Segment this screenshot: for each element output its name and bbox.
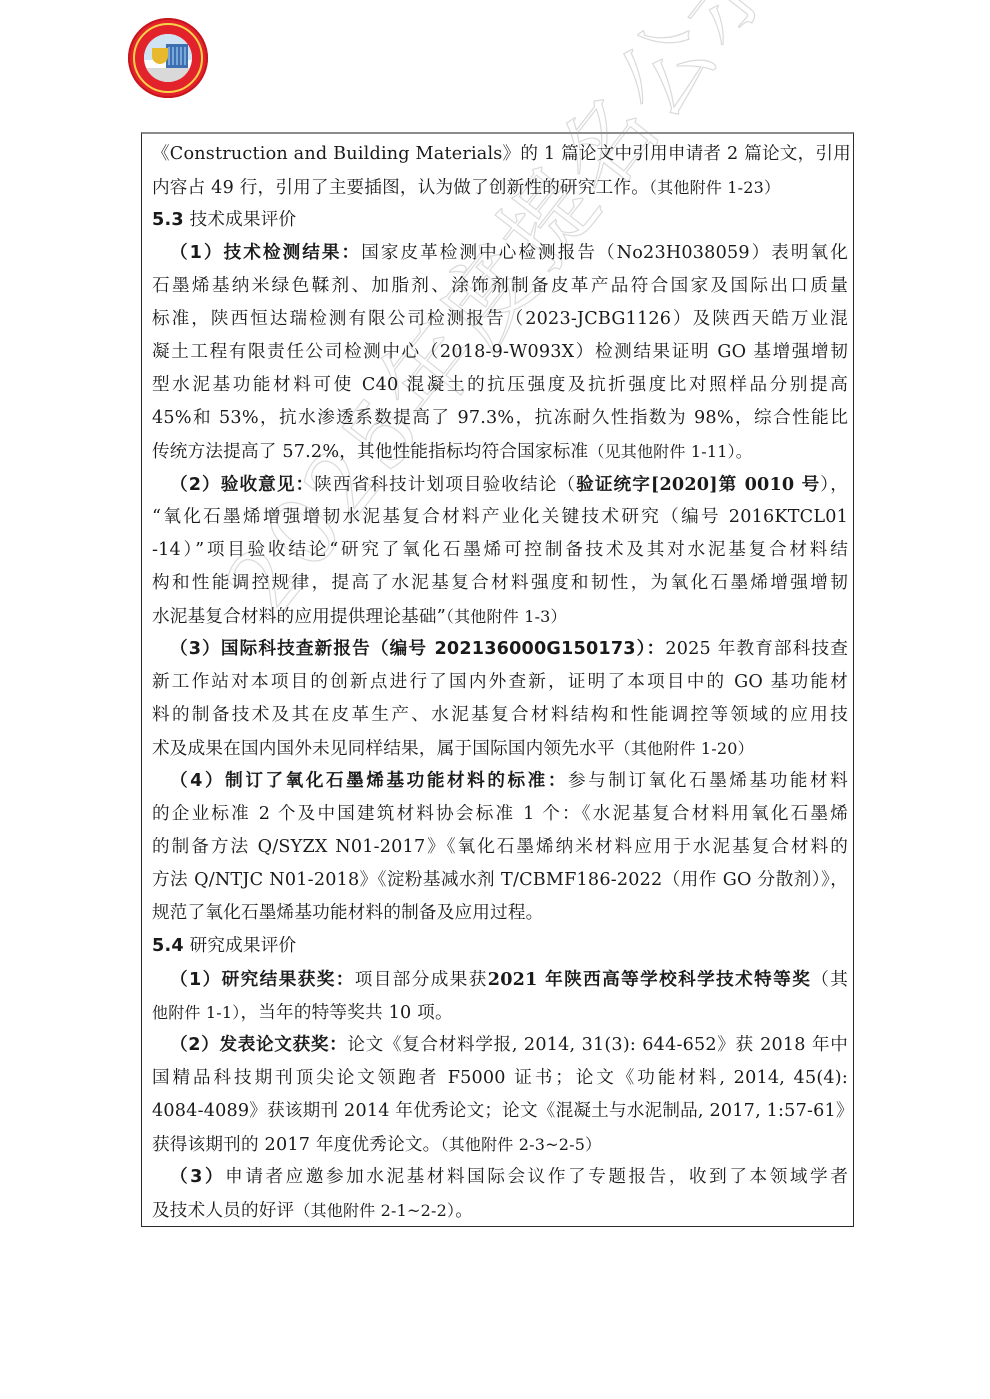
- paragraph-line: 获得该期刊的 2017 年度优秀论文。（其他附件 2-3~2-5）: [152, 1128, 848, 1161]
- item-5-4-1: （1）研究结果获奖：项目部分成果获2021 年陕西高等学校科学技术特等奖（其: [152, 963, 848, 996]
- paragraph-line: 型水泥基功能材料可使 C40 混凝土的抗压强度及抗折强度比对照样品分别提高: [152, 369, 848, 402]
- paragraph-line: 规范了氧化石墨烯基功能材料的制备及应用过程。: [152, 897, 848, 930]
- paragraph-line: 4084-4089》获该期刊 2014 年优秀论文；论文《混凝土与水泥制品, 2…: [152, 1095, 848, 1128]
- seal-emblem-icon: [144, 34, 192, 82]
- paragraph-line: 石墨烯基纳米绿色鞣剂、加脂剂、涂饰剂制备皮革产品符合国家及国际出口质量: [152, 270, 848, 303]
- item-5-3-1: （1）技术检测结果：国家皮革检测中心检测报告（No23H038059）表明氧化: [152, 237, 848, 270]
- paragraph-line: 新工作站对本项目的创新点进行了国内外查新，证明了本项目中的 GO 基功能材: [152, 666, 848, 699]
- paragraph-line: 料的制备技术及其在皮革生产、水泥基复合材料结构和性能调控等领域的应用技: [152, 699, 848, 732]
- document-body: 《Construction and Building Materials》的 1…: [152, 138, 848, 1227]
- paragraph-line: 《Construction and Building Materials》的 1…: [152, 138, 848, 171]
- item-label: 研究结果获奖：: [222, 970, 355, 990]
- paragraph-line: 传统方法提高了 57.2%，其他性能指标均符合国家标准（见其他附件 1-11）。: [152, 435, 848, 468]
- attachment-reference: （其他附件 1-23）: [649, 178, 780, 197]
- attachment-reference: （其他附件 2-3~2-5）: [440, 1135, 601, 1154]
- attachment-reference: （见其他附件 1-11）。: [588, 442, 752, 461]
- item-5-4-2: （2）发表论文获奖：论文《复合材料学报, 2014, 31(3): 644-65…: [152, 1029, 848, 1062]
- paragraph-line: 的制备方法 Q/SYZX N01-2017》《氧化石墨烯纳米材料应用于水泥基复合…: [152, 831, 848, 864]
- item-label: 制订了氧化石墨烯基功能材料的标准：: [225, 771, 568, 791]
- attachment-reference: （其他附件 1-3）: [446, 607, 567, 626]
- item-label: 验收意见：: [221, 475, 315, 495]
- paragraph-line: 内容占 49 行，引用了主要插图，认为做了创新性的研究工作。（其他附件 1-23…: [152, 171, 848, 204]
- attachment-reference: （其他附件 2-1~2-2）: [294, 1201, 455, 1220]
- section-heading-5-3: 5.3 技术成果评价: [152, 204, 848, 237]
- paragraph-line: 45%和 53%，抗水渗透系数提高了 97.3%，抗冻耐久性指数为 98%，综合…: [152, 402, 848, 435]
- item-5-4-3: （3）申请者应邀参加水泥基材料国际会议作了专题报告，收到了本领域学者: [152, 1161, 848, 1194]
- attachment-reference: 他附件 1-1）: [152, 1003, 240, 1022]
- attachment-reference: （其他附件 1-20）: [615, 739, 754, 758]
- paragraph-line: 术及成果在国内国外未见同样结果，属于国际国内领先水平（其他附件 1-20）: [152, 732, 848, 765]
- organization-seal-logo: [128, 18, 208, 98]
- item-5-3-2: （2）验收意见：陕西省科技计划项目验收结论（验证统字[2020]第 0010 号…: [152, 468, 848, 501]
- section-heading-5-4: 5.4 研究成果评价: [152, 930, 848, 963]
- paragraph-line: 标准，陕西恒达瑞检测有限公司检测报告（2023-JCBG1126）及陕西天皓万业…: [152, 303, 848, 336]
- paragraph-line: 他附件 1-1），当年的特等奖共 10 项。: [152, 996, 848, 1029]
- paragraph-line: “氧化石墨烯增强增韧水泥基复合材料产业化关键技术研究（编号 2016KTCL01: [152, 501, 848, 534]
- paragraph-line: 国精品科技期刊顶尖论文领跑者 F5000 证书；论文《功能材料, 2014, 4…: [152, 1062, 848, 1095]
- paragraph-line: 的企业标准 2 个及中国建筑材料协会标准 1 个：《水泥基复合材料用氧化石墨烯: [152, 798, 848, 831]
- paragraph-line: 凝土工程有限责任公司检测中心（2018-9-W093X）检测结果证明 GO 基增…: [152, 336, 848, 369]
- paragraph-line: -14）”项目验收结论“研究了氧化石墨烯可控制备技术及其对水泥基复合材料结: [152, 534, 848, 567]
- paragraph-line: 及技术人员的好评（其他附件 2-1~2-2）。: [152, 1194, 848, 1227]
- paragraph-line: 构和性能调控规律，提高了水泥基复合材料强度和韧性，为氧化石墨烯增强增韧: [152, 567, 848, 600]
- item-label: 发表论文获奖：: [219, 1035, 347, 1055]
- item-label: 技术检测结果：: [224, 243, 362, 263]
- paragraph-line: 方法 Q/NTJC N01-2018》《淀粉基减水剂 T/CBMF186-202…: [152, 864, 848, 897]
- item-5-3-4: （4）制订了氧化石墨烯基功能材料的标准：参与制订氧化石墨烯基功能材料: [152, 765, 848, 798]
- paragraph-line: 水泥基复合材料的应用提供理论基础”（其他附件 1-3）: [152, 600, 848, 633]
- item-5-3-3: （3）国际科技查新报告（编号 202136000G150173）：2025 年教…: [152, 633, 848, 666]
- item-label: 国际科技查新报告（编号 202136000G150173）：: [221, 639, 665, 659]
